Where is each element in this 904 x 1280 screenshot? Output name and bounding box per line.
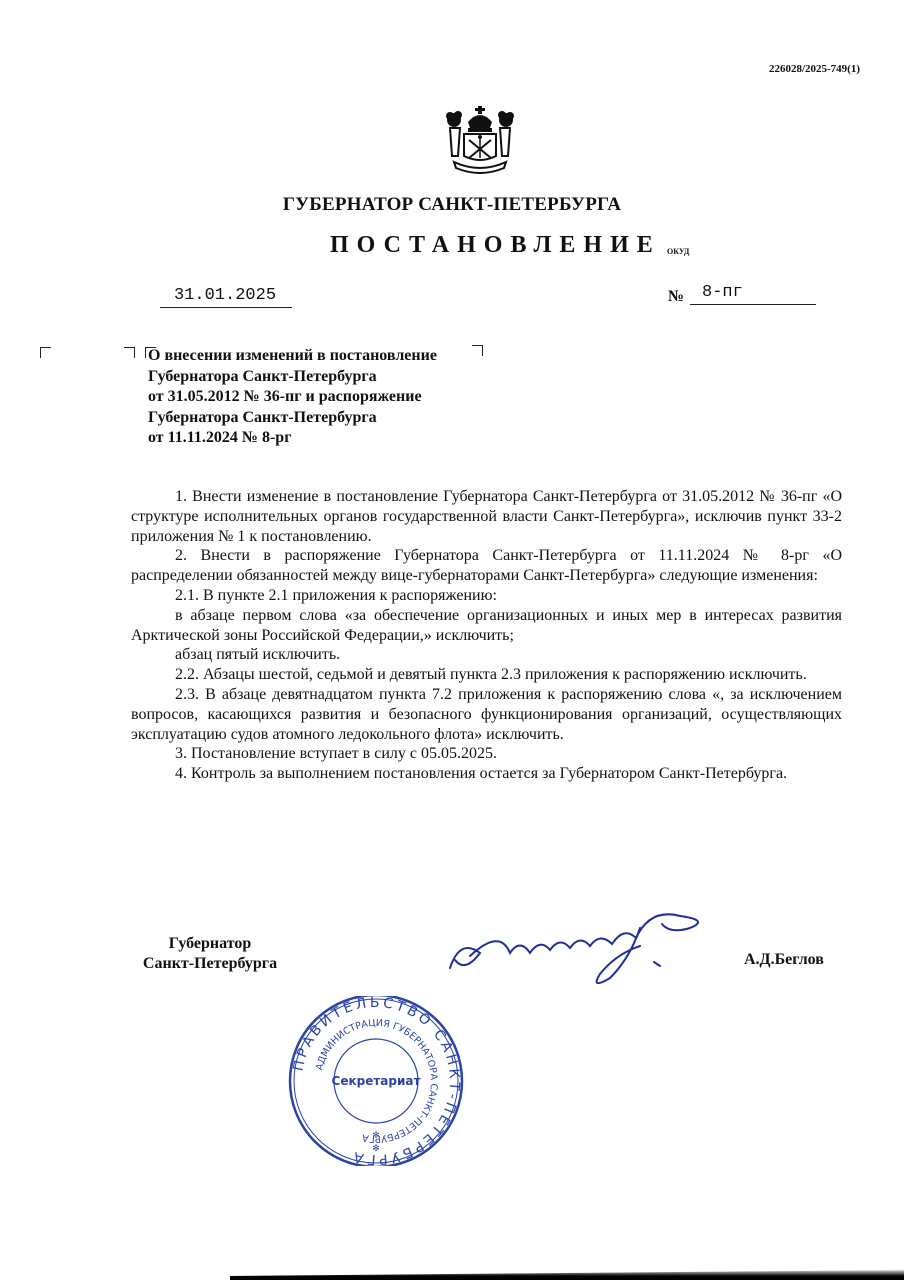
subject-line: от 11.11.2024 № 8-рг — [148, 428, 437, 449]
subject-corner-mark — [472, 345, 483, 356]
subject-line: от 31.05.2012 № 36-пг и распоряжение — [148, 387, 437, 408]
document-type: ПОСТАНОВЛЕНИЕ — [330, 232, 661, 259]
document-subject: О внесении изменений в постановление Губ… — [148, 346, 437, 449]
clause-2-1-item: абзац пятый исключить. — [131, 645, 842, 665]
signatory-title-line: Губернатор — [130, 934, 290, 954]
number-label: № — [668, 288, 684, 306]
clause-2: 2. Внести в распоряжение Губернатора Сан… — [131, 546, 842, 586]
svg-text:Секретариат: Секретариат — [332, 1074, 421, 1088]
clause-3: 3. Постановление вступает в силу с 05.05… — [131, 744, 842, 764]
document-number: 8-пг — [690, 283, 816, 305]
coat-of-arms-icon — [440, 100, 520, 180]
svg-text:✻: ✻ — [372, 1131, 380, 1141]
handwritten-signature-icon — [440, 898, 730, 988]
subject-line: О внесении изменений в постановление — [148, 346, 437, 367]
issuer-title: ГУБЕРНАТОР САНКТ-ПЕТЕРБУРГА — [0, 194, 904, 216]
clause-2-1: 2.1. В пункте 2.1 приложения к распоряже… — [131, 586, 842, 606]
subject-line: Губернатора Санкт-Петербурга — [148, 408, 437, 429]
clause-2-2: 2.2. Абзацы шестой, седьмой и девятый пу… — [131, 665, 842, 685]
margin-corner-mark — [124, 347, 135, 358]
signatory-title-line: Санкт-Петербурга — [130, 954, 290, 974]
clause-2-3: 2.3. В абзаце девятнадцатом пункта 7.2 п… — [131, 685, 842, 744]
margin-corner-mark — [40, 347, 51, 358]
registration-number: 226028/2025-749(1) — [700, 63, 860, 75]
subject-line: Губернатора Санкт-Петербурга — [148, 367, 437, 388]
signatory-name: А.Д.Беглов — [744, 951, 824, 969]
document-date: 31.01.2025 — [160, 286, 292, 308]
official-seal-icon: ПРАВИТЕЛЬСТВО САНКТ-ПЕТЕРБУРГА АДМИНИСТР… — [286, 996, 466, 1166]
clause-4: 4. Контроль за выполнением постановления… — [131, 764, 842, 784]
okud-label: ОКУД — [667, 247, 689, 256]
signatory-title: Губернатор Санкт-Петербурга — [130, 934, 290, 974]
svg-text:✻: ✻ — [372, 1144, 380, 1154]
clause-1: 1. Внести изменение в постановление Губе… — [131, 487, 842, 546]
document-body: 1. Внести изменение в постановление Губе… — [131, 487, 842, 784]
scan-edge-shadow — [230, 1270, 904, 1280]
clause-2-1-item: в абзаце первом слова «за обеспечение ор… — [131, 606, 842, 646]
